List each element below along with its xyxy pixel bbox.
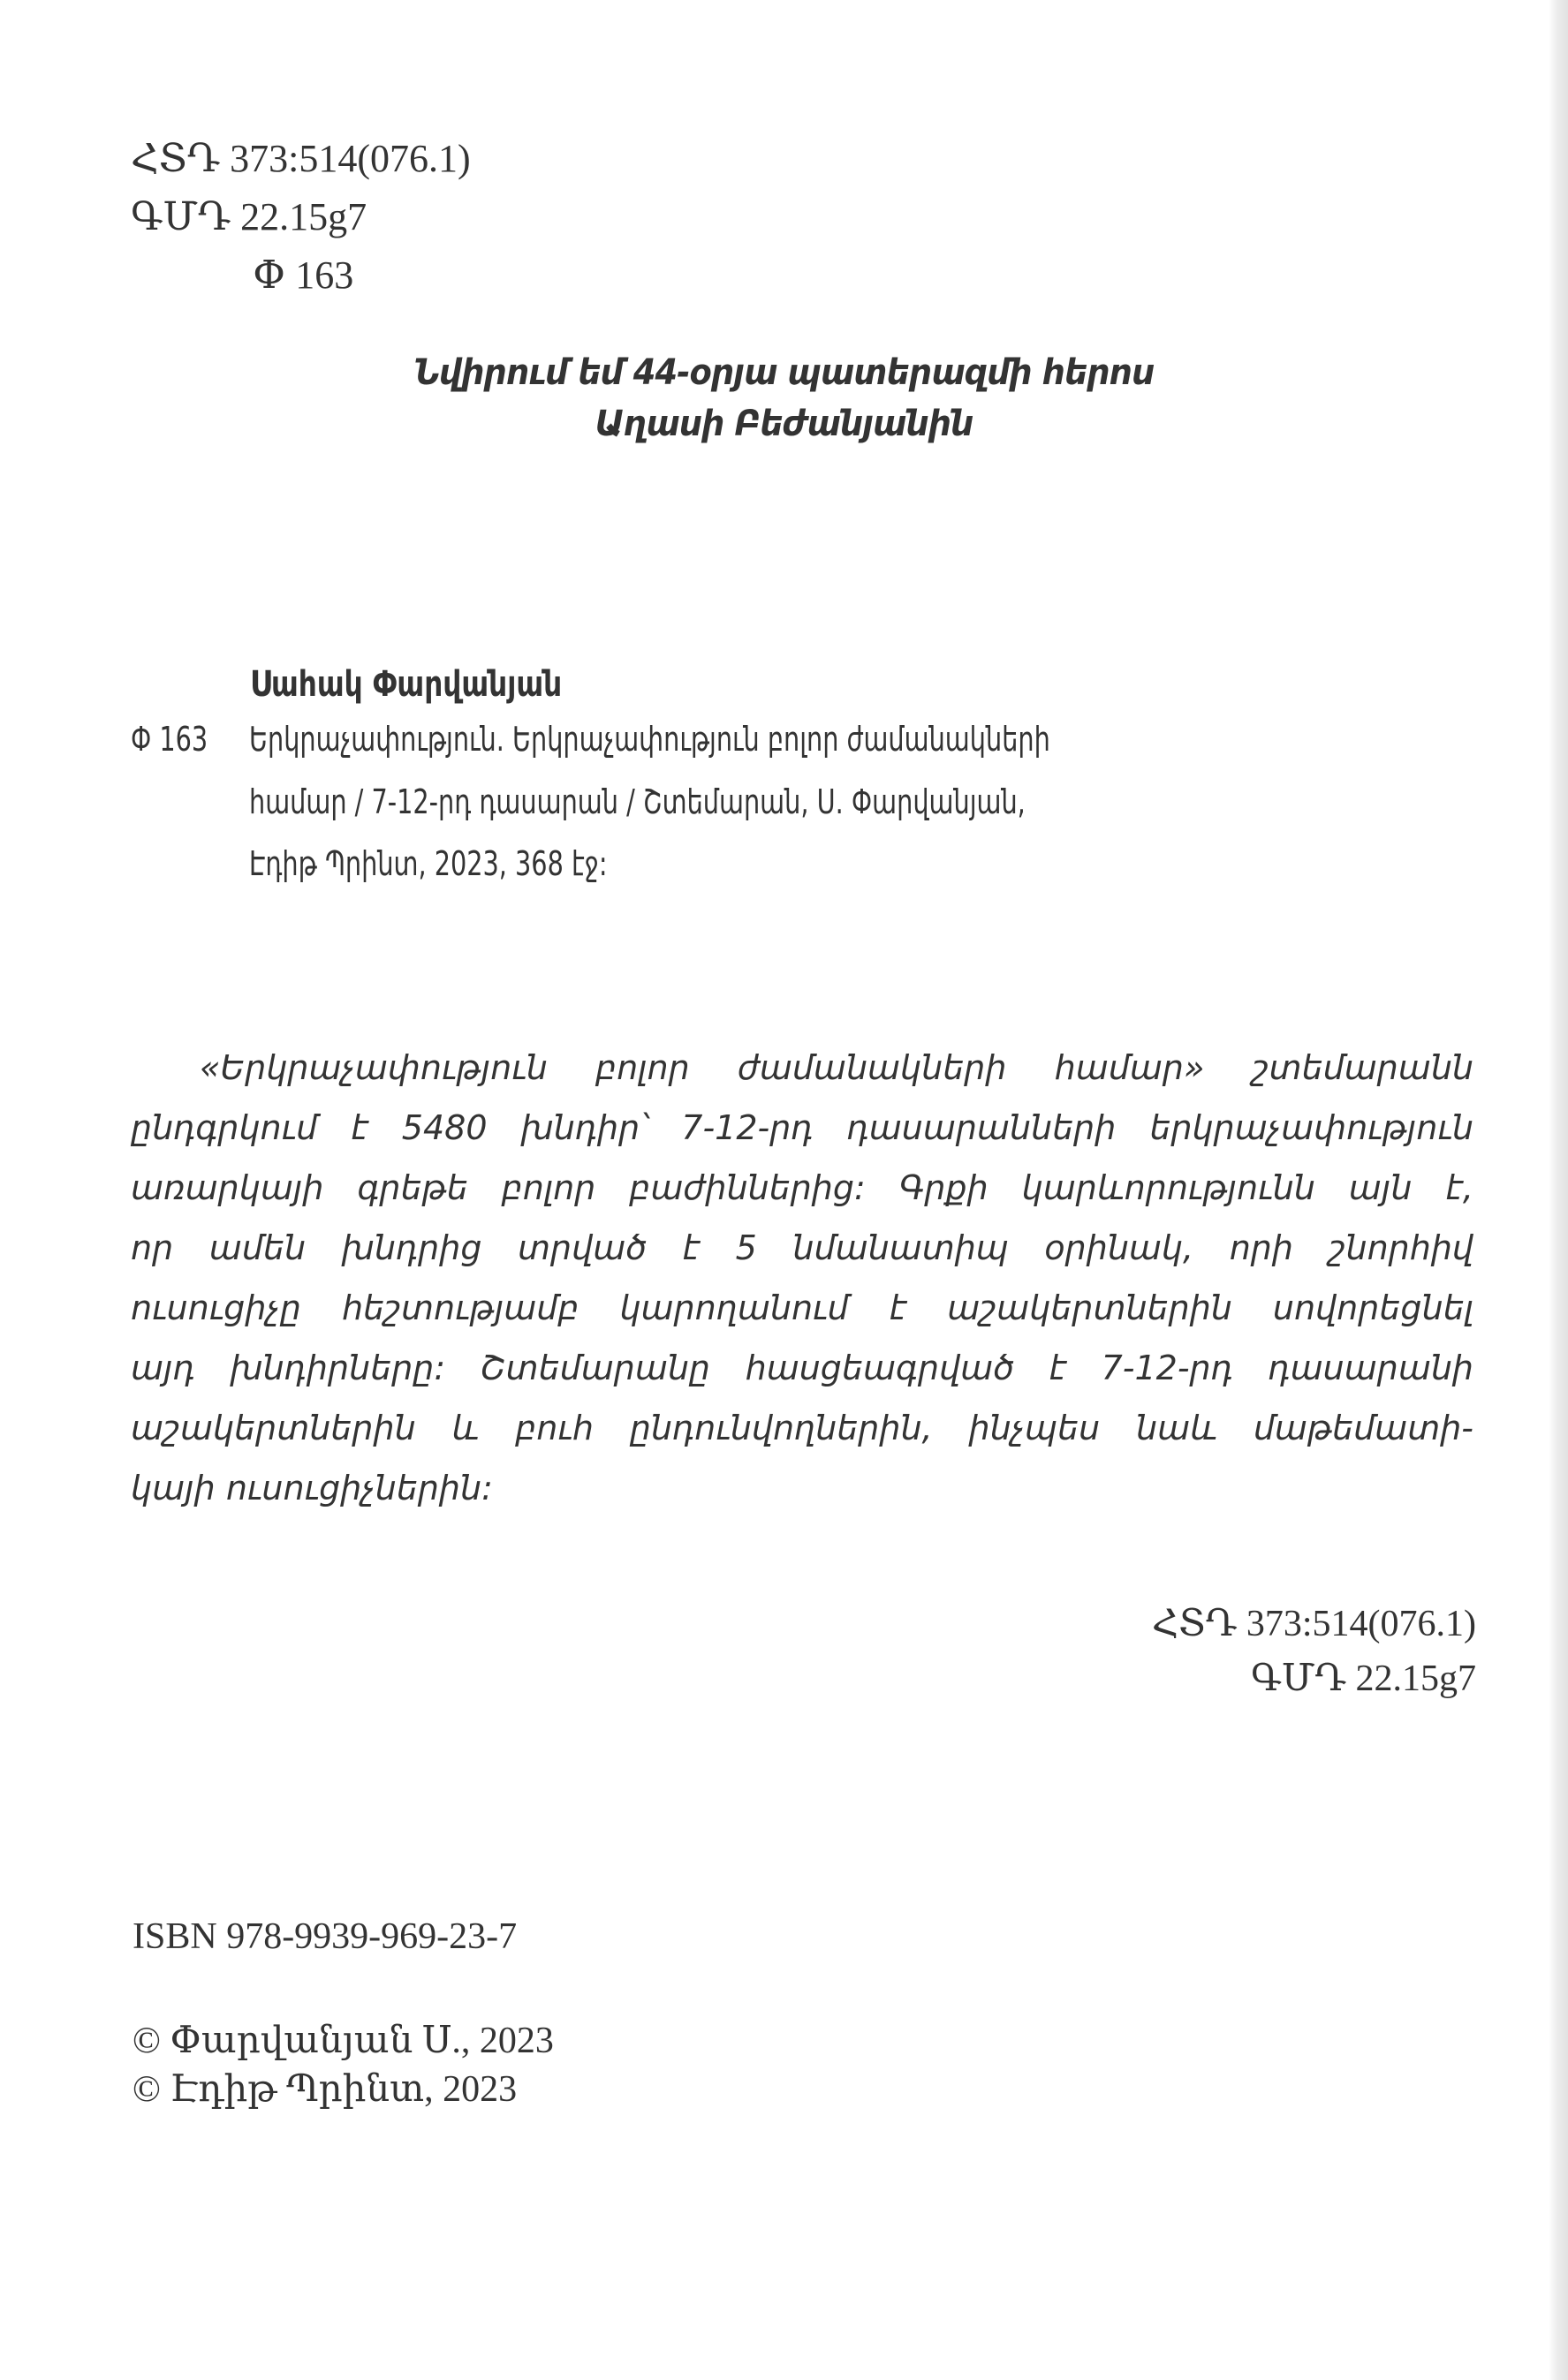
annotation-line: առարկայի գրեթե բոլոր բաժիններից: Գրքի կա… — [131, 1171, 1473, 1205]
bbk-code-bottom: ԳՄԴ 22.15g7 — [1251, 1660, 1476, 1697]
annotation-line: ուսուցիչը հեշտությամբ կարողանում է աշակե… — [131, 1291, 1473, 1325]
copyright-publisher: © Էդիթ Պրինտ, 2023 — [133, 2071, 517, 2108]
annotation-line: ընդգրկում է 5480 խնդիր՝ 7-12-րդ դասարանն… — [131, 1111, 1473, 1145]
catalog-index: Փ 163 — [131, 722, 208, 756]
udc-code-bottom: ՀՏԴ 373:514(076.1) — [1152, 1606, 1476, 1643]
annotation-line: այդ խնդիրները: Շտեմարանը հասցեագրված է 7… — [131, 1351, 1473, 1385]
copyright-author: © Փարվանյան Ս., 2023 — [133, 2022, 554, 2059]
isbn: ISBN 978-9939-969-23-7 — [133, 1918, 517, 1955]
udc-code-top: ՀՏԴ 373:514(076.1) — [131, 140, 471, 178]
dedication-line-2: Աղասի Բեժանյանին — [63, 406, 1505, 442]
annotation-line: աշակերտներին և բուհ ընդունվողներին, ինչպ… — [131, 1411, 1473, 1445]
page-edge-shadow — [1549, 0, 1568, 2380]
catalog-author-name: Սահակ Փարվանյան — [250, 664, 562, 705]
dedication-line-1: Նվիրում եմ 44-օրյա պատերազմի հերոս — [63, 355, 1505, 390]
author-mark-top: Փ 163 — [253, 256, 353, 295]
annotation-line: կայի ուսուցիչներին: — [131, 1471, 1473, 1505]
catalog-line: համար / 7-12-րդ դասարան / Շտեմարան, Ս. Փ… — [249, 785, 1026, 819]
catalog-line: Երկրաչափություն. Երկրաչափություն բոլոր ժ… — [249, 722, 1050, 756]
catalog-line: Էդիթ Պրինտ, 2023, 368 էջ: — [249, 847, 608, 880]
annotation-line: որ ամեն խնդրից տրված է 5 նմանատիպ օրինակ… — [131, 1231, 1473, 1265]
bbk-code-top: ԳՄԴ 22.15g7 — [131, 198, 367, 237]
annotation-line: «Երկրաչափություն բոլոր ժամանակների համար… — [200, 1051, 1473, 1084]
